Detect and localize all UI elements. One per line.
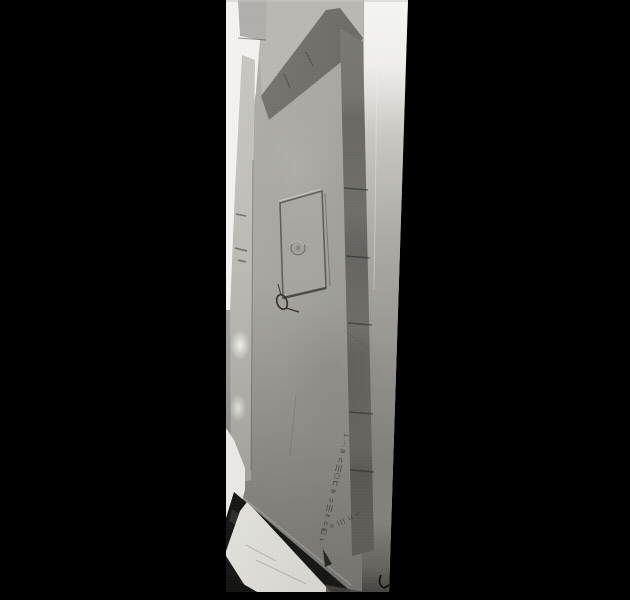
photograph: ⌐ ⋮ ≡ ∩ ||| ○ ⊓ ≡ ∪ ||| ≈ ∩ □ ⌐ ≡ ∩ ||| … xyxy=(226,0,408,592)
black-mount-backdrop: ⌐ ⋮ ≡ ∩ ||| ○ ⊓ ≡ ∪ ||| ≈ ∩ □ ⌐ ≡ ∩ ||| … xyxy=(0,0,630,600)
film-grain-overlay xyxy=(226,0,408,592)
